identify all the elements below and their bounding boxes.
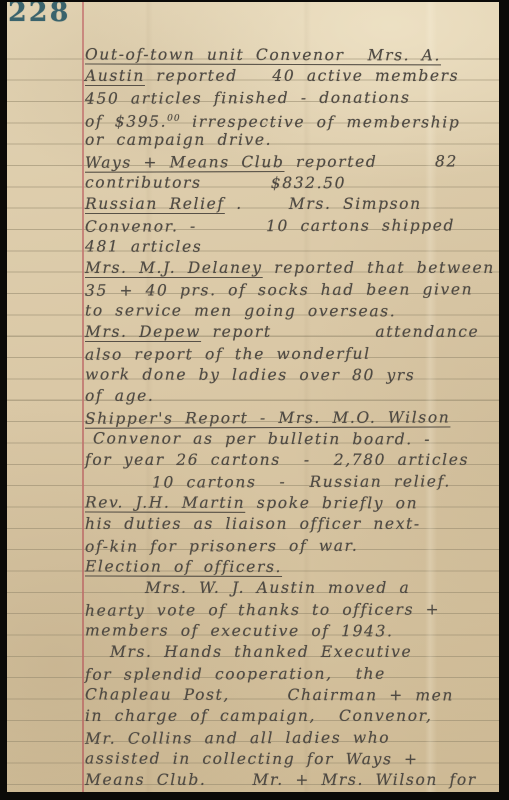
line-segment: Chapleau Post, Chairman + men [85, 685, 454, 704]
line-segment: work done by ladies over 80 yrs [85, 365, 415, 384]
line-segment: of-kin for prisoners of war. [85, 536, 358, 555]
line-segment: hearty vote of thanks to officers + [85, 600, 440, 619]
handwritten-line: Austin reported 40 active members [85, 66, 499, 87]
line-segment: Ways + Means Club [85, 153, 285, 172]
handwritten-line: members of executive of 1943. [85, 620, 499, 642]
handwritten-line: contributors $832.50 [85, 172, 499, 194]
line-segment: contributors $832.50 [85, 173, 346, 192]
line-segment: in charge of campaign, Convenor, [85, 707, 432, 725]
line-segment: Mrs. Hands thanked Executive [110, 643, 412, 661]
line-segment: also report of the wonderful [85, 344, 371, 363]
handwritten-line: Russian Relief . Mrs. Simpson [85, 194, 499, 215]
handwritten-line: Mrs. M.J. Delaney reported that between [85, 258, 499, 279]
line-segment: . Mrs. Simpson [225, 195, 422, 213]
handwritten-line: Ways + Means Club reported 82 [85, 151, 499, 174]
handwritten-line: of $395.00 irrespective of membership [85, 108, 499, 130]
line-segment: for year 26 cartons - 2,780 articles [85, 451, 469, 469]
line-segment: reported that between [263, 259, 495, 277]
line-segment: Mr. Collins and all ladies who [85, 728, 390, 747]
line-segment: for splendid cooperation, the [85, 664, 386, 683]
red-margin-line [82, 2, 84, 792]
line-segment: Convenor. - 10 cartons shipped [85, 216, 455, 235]
handwritten-line: Means Club. Mr. + Mrs. Wilson for [85, 770, 499, 791]
handwritten-line: of-kin for prisoners of war. [85, 535, 499, 558]
line-segment: irrespective of membership [181, 113, 461, 132]
handwritten-line: Election of officers. [85, 556, 499, 578]
line-segment: 450 articles finished - donations [85, 88, 411, 107]
line-segment: Mrs. Depew [85, 323, 201, 341]
line-segment: 35 + 40 prs. of socks had been given [85, 280, 473, 299]
handwritten-line: or campaign drive. [85, 130, 499, 151]
line-segment: report attendance [201, 323, 479, 341]
handwritten-line: for year 26 cartons - 2,780 articles [85, 450, 499, 471]
line-segment: or campaign drive. [85, 131, 272, 149]
line-segment: Convenor as per bulletin board. - [93, 429, 431, 448]
line-segment: to service men going overseas. [85, 301, 396, 320]
notebook-page: 228 Out-of-town unit Convenor Mrs. A.Aus… [7, 2, 499, 792]
line-segment: Shipper's Report - Mrs. M.O. Wilson [85, 408, 450, 427]
line-segment: 10 cartons - Russian relief. [152, 472, 451, 491]
line-segment: 00 [167, 114, 180, 124]
handwritten-line: 450 articles finished - donations [85, 87, 499, 110]
handwritten-line: Mr. Collins and all ladies who [85, 727, 499, 750]
handwritten-line: of age. [85, 386, 499, 407]
handwritten-line: assisted in collecting for Ways + [85, 748, 499, 770]
line-segment: of $395. [85, 112, 167, 130]
handwritten-line: 10 cartons - Russian relief. [85, 471, 499, 494]
line-segment: Russian Relief [85, 195, 225, 213]
handwritten-line: for splendid cooperation, the [85, 663, 499, 686]
page-number-stamp: 228 [8, 2, 70, 28]
handwritten-line: to service men going overseas. [85, 300, 499, 322]
line-segment: Out-of-town unit Convenor Mrs. A. [85, 45, 441, 64]
line-segment: Austin [85, 67, 145, 85]
handwritten-line: Mrs. W. J. Austin moved a [85, 578, 499, 599]
handwritten-line: Shipper's Report - Mrs. M.O. Wilson [85, 407, 499, 430]
handwritten-line: in charge of campaign, Convenor, [85, 706, 499, 727]
handwritten-line: 35 + 40 prs. of socks had been given [85, 279, 499, 302]
handwritten-line: Mrs. Hands thanked Executive [85, 642, 499, 663]
handwritten-line: Out-of-town unit Convenor Mrs. A. [85, 44, 499, 66]
line-segment: of age. [85, 387, 154, 405]
line-segment: Means Club. Mr. + Mrs. Wilson for [85, 771, 477, 789]
handwritten-line: also report of the wonderful [85, 343, 499, 366]
handwritten-line: Convenor as per bulletin board. - [85, 428, 499, 450]
line-segment: assisted in collecting for Ways + [85, 749, 419, 768]
line-segment: Election of officers. [85, 557, 282, 576]
handwritten-line: his duties as liaison officer next- [85, 514, 499, 535]
handwritten-line: Convenor. - 10 cartons shipped [85, 215, 499, 238]
line-segment: Mrs. M.J. Delaney [85, 259, 263, 277]
handwritten-line: 481 articles [85, 236, 499, 258]
handwritten-line: Rev. J.H. Martin spoke briefly on [85, 492, 499, 514]
line-segment: Mrs. W. J. Austin moved a [145, 579, 410, 597]
handwritten-line: hearty vote of thanks to officers + [85, 599, 499, 622]
line-segment: Rev. J.H. Martin [85, 493, 245, 511]
handwritten-line: Mrs. Depew report attendance [85, 322, 499, 343]
line-segment: reported 40 active members [145, 67, 459, 85]
handwriting-lines: Out-of-town unit Convenor Mrs. A.Austin … [85, 45, 499, 791]
handwritten-line: work done by ladies over 80 yrs [85, 364, 499, 386]
line-segment: spoke briefly on [245, 494, 418, 512]
line-segment: 481 articles [85, 237, 202, 255]
line-segment: members of executive of 1943. [85, 621, 394, 640]
handwritten-line: Chapleau Post, Chairman + men [85, 684, 499, 706]
line-segment: reported 82 [284, 152, 458, 171]
scanned-minute-book-photo: { "page": { "number": "228" }, "colors":… [0, 0, 509, 800]
line-segment: his duties as liaison officer next- [85, 515, 421, 533]
